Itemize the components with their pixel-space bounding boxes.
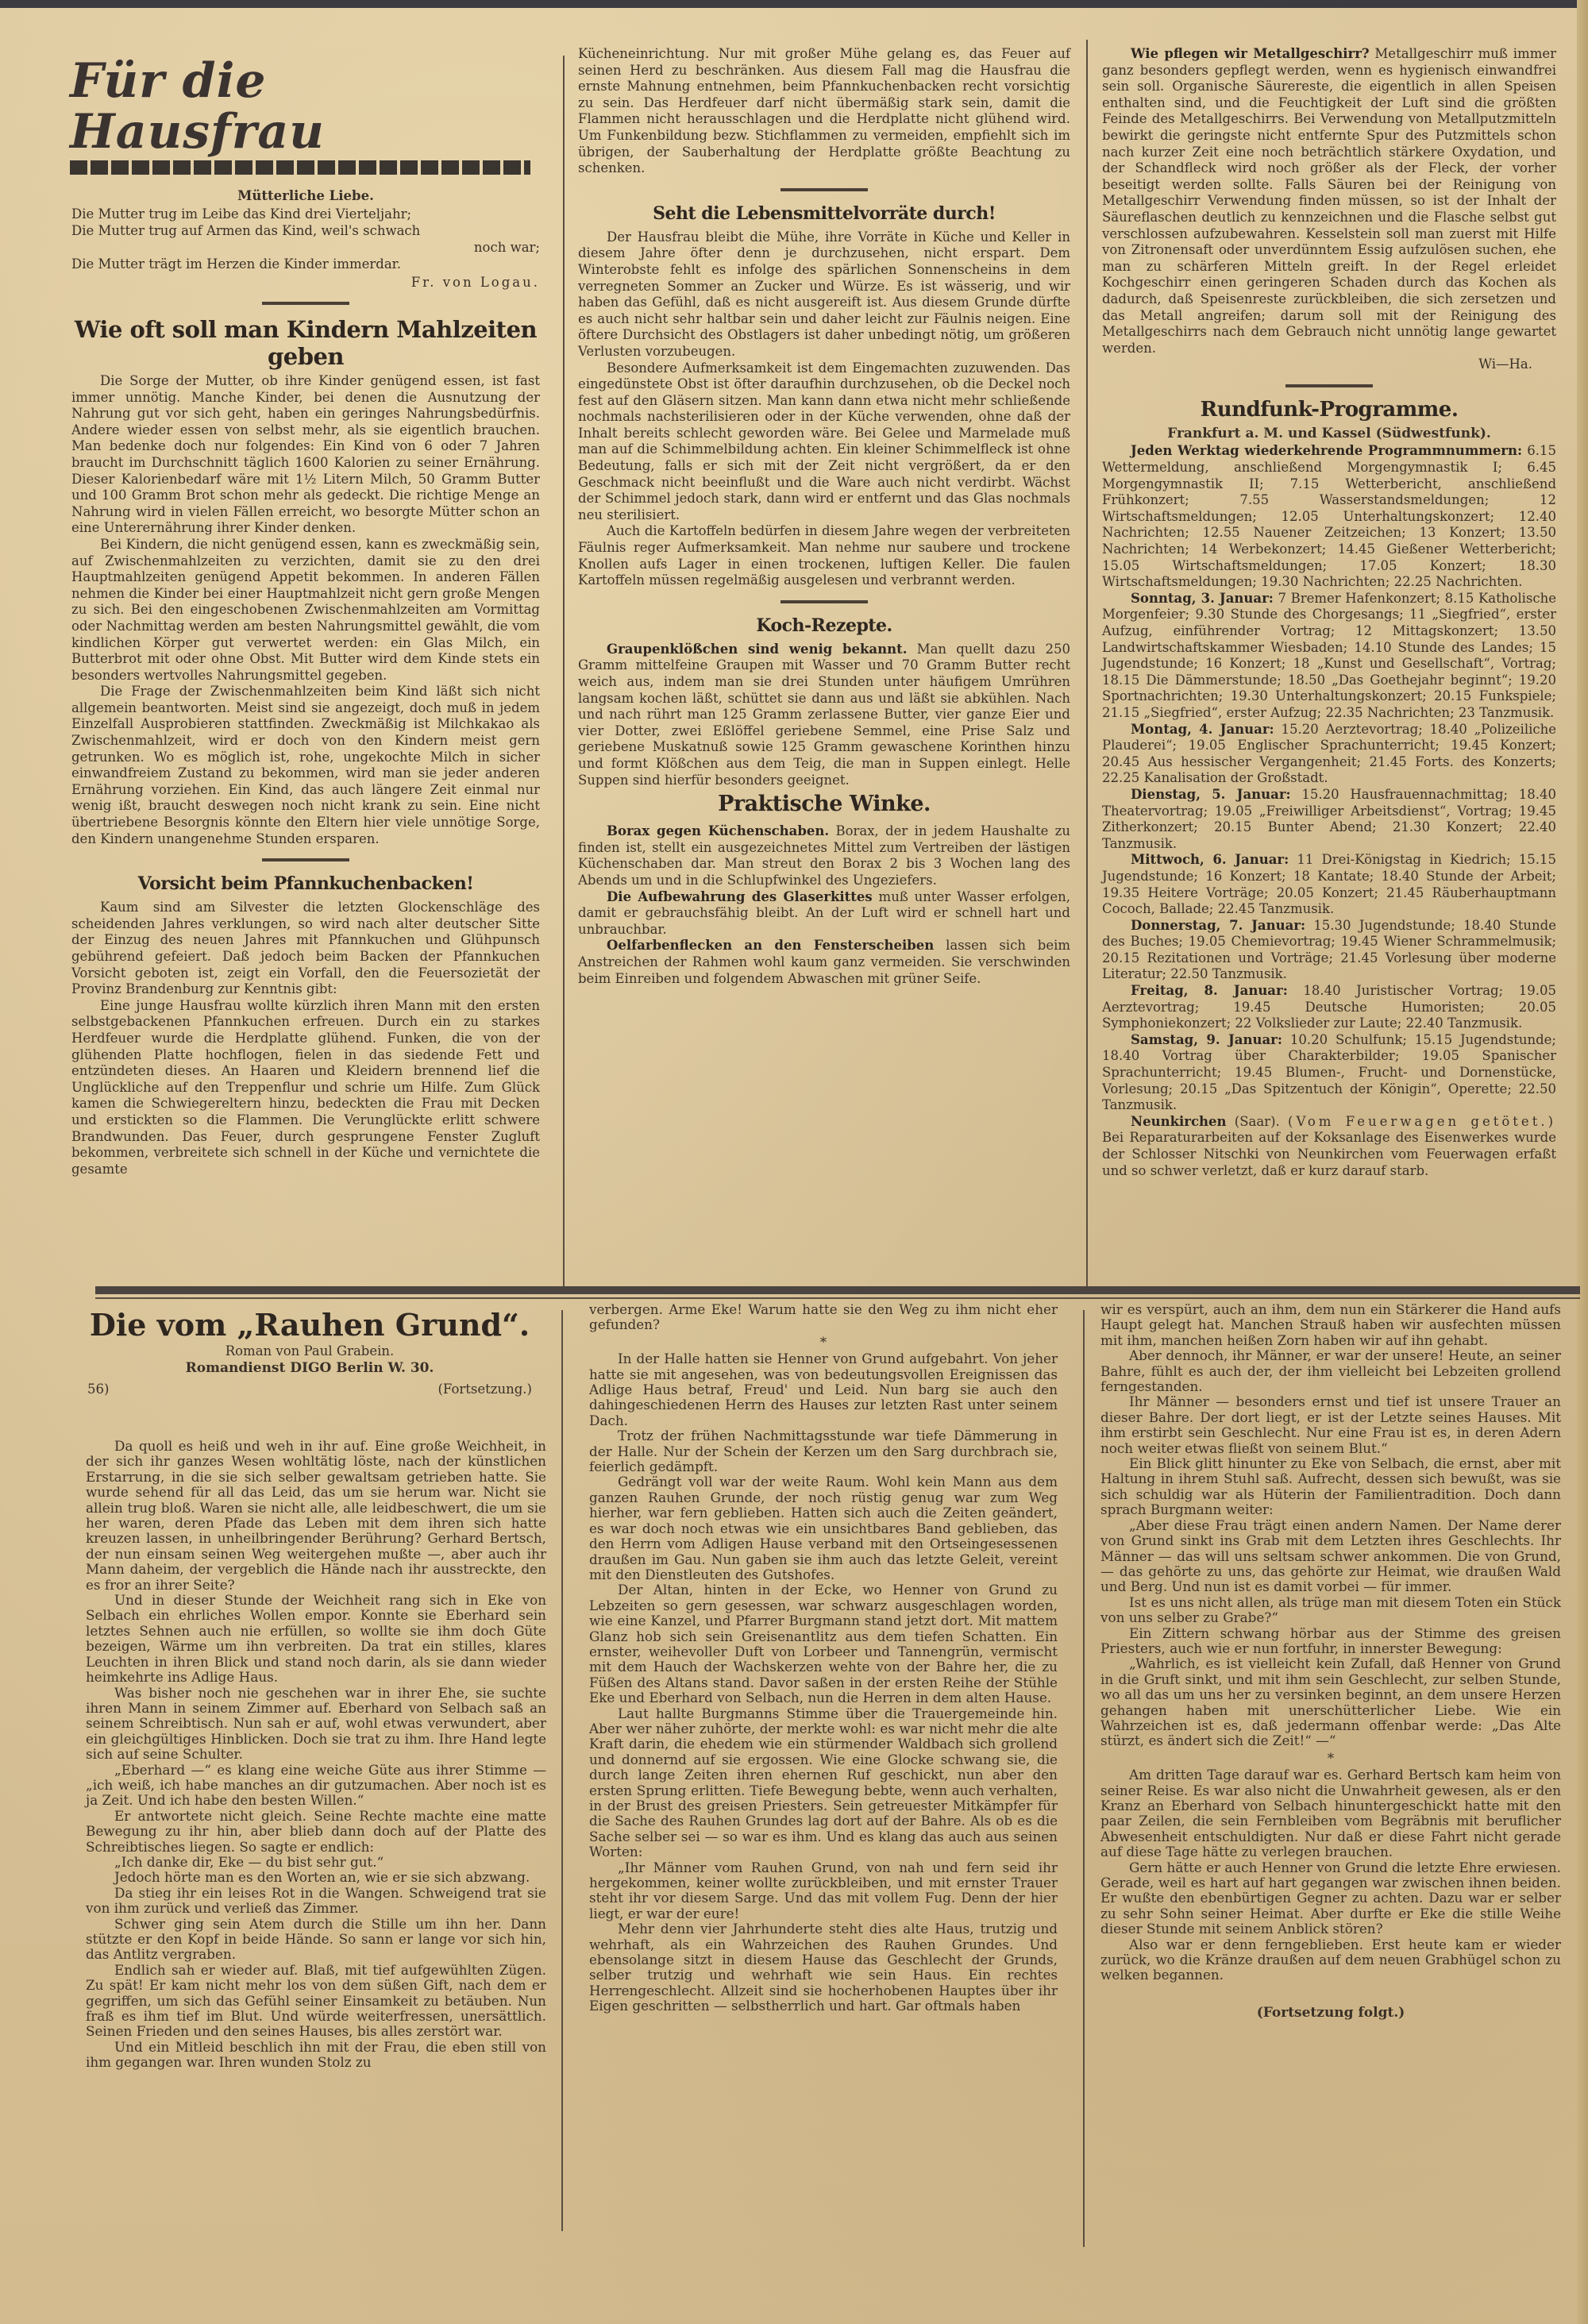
to-be-continued: (Fortsetzung folgt.) (1100, 2006, 1561, 2021)
radio-day-label: Freitag, 8. Januar: (1131, 983, 1288, 998)
recipe: Graupenklößchen sind wenig bekannt. Man … (578, 642, 1070, 788)
novel-paragraph: Der Altan, hinten in der Ecke, wo Henner… (589, 1582, 1058, 1705)
novel-paragraph: Er antwortete nicht gleich. Seine Rechte… (86, 1809, 546, 1855)
novel-paragraph: Ein Blick glitt hinunter zu Eke von Selb… (1100, 1456, 1561, 1518)
masthead-ornament (70, 160, 530, 175)
radio-day-label: Donnerstag, 7. Januar: (1131, 918, 1305, 933)
tip-text: Metallgeschirr muß immer ganz besonders … (1102, 46, 1556, 356)
paragraph: Auch die Kartoffeln bedürfen in diesem J… (578, 523, 1070, 588)
headline-recipes: Koch-Rezepte. (578, 615, 1070, 637)
asterism: * (589, 1335, 1058, 1350)
tip: Wie pflegen wir Metallgeschirr? Metallge… (1102, 46, 1556, 357)
novel-paragraph: Laut hallte Burgmanns Stimme über die Tr… (589, 1706, 1058, 1860)
paragraph: Die Frage der Zwischenmahlzeiten beim Ki… (71, 684, 540, 847)
novel-paragraph: Und in dieser Stunde der Weichheit rang … (86, 1593, 546, 1685)
radio-day: Donnerstag, 7. Januar: 15.30 Jugendstund… (1102, 918, 1556, 983)
paragraph: Kücheneinrichtung. Nur mit großer Mühe g… (578, 46, 1070, 177)
radio-day: Montag, 4. Januar: 15.20 Aerztevortrag; … (1102, 722, 1556, 787)
short-rule (262, 302, 349, 305)
radio-day-label: Jeden Werktag wiederkehrende Programmnum… (1131, 443, 1522, 458)
installment-number: 56) (87, 1382, 109, 1397)
page-top-edge (0, 0, 1588, 8)
novel-paragraph: Was bisher noch nie geschehen war in ihr… (86, 1686, 546, 1763)
poem-line: Die Mutter trug auf Armen das Kind, weil… (71, 222, 540, 239)
section-masthead: Für die Hausfrau (70, 56, 530, 175)
poem-line: Die Mutter trug im Leibe das Kind drei V… (71, 206, 540, 222)
novel-paragraph: Aber dennoch, ihr Männer, er war der uns… (1100, 1348, 1561, 1394)
news-text: Bei Reparaturarbeiten auf der Koksanlage… (1102, 1130, 1556, 1177)
headline-tips: Praktische Winke. (578, 792, 1070, 817)
paragraph: Eine junge Hausfrau wollte kürzlich ihre… (71, 998, 540, 1178)
short-rule (1285, 384, 1373, 387)
novel-paragraph: „Aber diese Frau trägt einen andern Name… (1100, 1518, 1561, 1595)
radio-day: Samstag, 9. Januar: 10.20 Schulfunk; 15.… (1102, 1032, 1556, 1114)
radio-day-label: Dienstag, 5. Januar: (1131, 787, 1291, 802)
news-item: Neunkirchen (Saar). (Vom Feuerwagen getö… (1102, 1114, 1556, 1179)
recipe-lead: Graupenklößchen sind wenig bekannt. (607, 642, 907, 657)
short-rule (262, 858, 349, 861)
paragraph: Bei Kindern, die nicht genügend essen, k… (71, 537, 540, 684)
novel-author: Roman von Paul Grabein. (87, 1343, 532, 1359)
novel-syndicate: Romandienst DIGO Berlin W. 30. (87, 1359, 532, 1377)
tip: Borax gegen Küchenschaben. Borax, der in… (578, 823, 1070, 888)
headline-meals: Wie oft soll man Kindern Mahlzeiten gebe… (71, 316, 540, 370)
column-rule (563, 56, 565, 1294)
novel-meta: 56) (Fortsetzung.) (87, 1382, 532, 1397)
novel-paragraph: Jedoch hörte man es den Worten an, wie e… (86, 1870, 546, 1885)
tip-lead: Oelfarbenflecken an den Fensterscheiben (607, 938, 934, 953)
radio-station: Frankfurt a. M. und Kassel (Südwestfunk)… (1102, 426, 1556, 442)
novel-paragraph: Da stieg ihr ein leises Rot in die Wange… (86, 1886, 546, 1917)
novel-paragraph: „Ich danke dir, Eke — du bist sehr gut.“ (86, 1855, 546, 1870)
asterism: * (1100, 1751, 1561, 1766)
tip: Oelfarbenflecken an den Fensterscheiben … (578, 938, 1070, 987)
novel-paragraph: Mehr denn vier Jahrhunderte steht dies a… (589, 1921, 1058, 2014)
radio-day-label: Sonntag, 3. Januar: (1131, 591, 1274, 606)
radio-day-label: Samstag, 9. Januar: (1131, 1032, 1282, 1047)
novel-paragraph: Ist es uns nicht allen, als trüge man mi… (1100, 1595, 1561, 1626)
short-rule (781, 188, 868, 191)
novel-column-2: verbergen. Arme Eke! Warum hatte sie den… (589, 1302, 1058, 2014)
column-rule (1083, 1310, 1085, 2247)
tip-lead: Die Aufbewahrung des Glaserkittes (607, 889, 873, 904)
novel-paragraph: Und ein Mitleid beschlich ihn mit der Fr… (86, 2040, 546, 2071)
novel-paragraph: Trotz der frühen Nachmittagsstunde war t… (589, 1428, 1058, 1474)
tip-lead: Wie pflegen wir Metallgeschirr? (1131, 46, 1370, 61)
novel-paragraph: „Ihr Männer vom Rauhen Grund, von nah un… (589, 1860, 1058, 1922)
column-3-upper: Wie pflegen wir Metallgeschirr? Metallge… (1102, 46, 1556, 1179)
novel-paragraph: verbergen. Arme Eke! Warum hatte sie den… (589, 1302, 1058, 1333)
novel-paragraph: Schwer ging sein Atem durch die Stille u… (86, 1917, 546, 1963)
novel-column-1: Da quoll es heiß und weh in ihr auf. Ein… (86, 1439, 546, 2071)
radio-day: Mittwoch, 6. Januar: 11 Drei-Königstag i… (1102, 852, 1556, 917)
novel-paragraph: „Eberhard —“ es klang eine weiche Güte a… (86, 1763, 546, 1809)
column-rule (561, 1310, 563, 2231)
novel-header: Die vom „Rauhen Grund“. Roman von Paul G… (87, 1308, 532, 1397)
short-rule (781, 600, 868, 603)
radio-day-label: Montag, 4. Januar: (1131, 722, 1274, 737)
masthead-title: Für die Hausfrau (70, 56, 530, 157)
tip: Die Aufbewahrung des Glaserkittes muß un… (578, 889, 1070, 938)
headline-radio: Rundfunk-Programme. (1102, 399, 1556, 421)
radio-day: Freitag, 8. Januar: 18.40 Juristischer V… (1102, 983, 1556, 1032)
novel-paragraph: Am dritten Tage darauf war es. Gerhard B… (1100, 1767, 1561, 1860)
novel-paragraph: „Wahrlich, es ist vielleicht kein Zufall… (1100, 1656, 1561, 1748)
recipe-text: Man quellt dazu 250 Gramm mittelfeine Gr… (578, 642, 1070, 788)
novel-paragraph: Gern hätte er auch Henner von Grund die … (1100, 1860, 1561, 1937)
news-place: Neunkirchen (1131, 1114, 1227, 1129)
poem-line: noch war; (71, 239, 540, 256)
news-title: (Vom Feuerwagen getötet.) (1288, 1114, 1556, 1129)
paragraph: Kaum sind am Silvester die letzten Glock… (71, 900, 540, 998)
headline-supplies: Seht die Lebensmittelvorräte durch! (578, 202, 1070, 225)
novel-paragraph: Gedrängt voll war der weite Raum. Wohl k… (589, 1474, 1058, 1582)
paragraph: Der Hausfrau bleibt die Mühe, ihre Vorrä… (578, 229, 1070, 360)
page-right-edge (1577, 0, 1588, 2324)
novel-title: Die vom „Rauhen Grund“. (87, 1308, 532, 1343)
radio-day: Jeden Werktag wiederkehrende Programmnum… (1102, 443, 1556, 590)
radio-day: Sonntag, 3. Januar: 7 Bremer Hafenkonzer… (1102, 591, 1556, 722)
paragraph: Besondere Aufmerksamkeit ist dem Eingema… (578, 360, 1070, 524)
tip-lead: Borax gegen Küchenschaben. (607, 823, 829, 838)
novel-paragraph: Ein Zittern schwang hörbar aus der Stimm… (1100, 1626, 1561, 1657)
novel-column-3: wir es verspürt, auch an ihm, dem nun ei… (1100, 1302, 1561, 2021)
radio-day-label: Mittwoch, 6. Januar: (1131, 852, 1289, 867)
paragraph: Die Sorge der Mutter, ob ihre Kinder gen… (71, 373, 540, 537)
novel-paragraph: wir es verspürt, auch an ihm, dem nun ei… (1100, 1302, 1561, 1348)
poem-line: Die Mutter trägt im Herzen die Kinder im… (71, 256, 540, 272)
novel-paragraph: Endlich sah er wieder auf. Blaß, mit tie… (86, 1963, 546, 2040)
poem: Mütterliche Liebe. Die Mutter trug im Le… (71, 187, 540, 291)
headline-pancakes: Vorsicht beim Pfannkuchenbacken! (71, 873, 540, 895)
section-divider (95, 1286, 1580, 1294)
signature: Wi—Ha. (1102, 357, 1556, 373)
novel-paragraph: Ihr Männer — besonders ernst und tief is… (1100, 1394, 1561, 1456)
column-2-upper: Kücheneinrichtung. Nur mit großer Mühe g… (578, 46, 1070, 987)
novel-paragraph: Also war er denn ferngeblieben. Erst heu… (1100, 1937, 1561, 1983)
column-1-upper: Mütterliche Liebe. Die Mutter trug im Le… (71, 179, 540, 1177)
novel-paragraph: Da quoll es heiß und weh in ihr auf. Ein… (86, 1439, 546, 1593)
novel-paragraph: In der Halle hatten sie Henner von Grund… (589, 1351, 1058, 1428)
section-divider-thin (95, 1297, 1580, 1299)
radio-day-text: 7 Bremer Hafenkonzert; 8.15 Katholische … (1102, 591, 1556, 720)
radio-day-text: 6.15 Wettermeldung, anschließend Morgeng… (1102, 443, 1556, 589)
radio-day: Dienstag, 5. Januar: 15.20 Hausfrauennac… (1102, 787, 1556, 852)
news-region: (Saar). (1235, 1114, 1280, 1129)
poem-title: Mütterliche Liebe. (71, 187, 540, 204)
poem-author: Fr. von Logau. (71, 274, 540, 291)
continued-label: (Fortsetzung.) (438, 1382, 533, 1397)
column-rule (1086, 40, 1088, 1294)
